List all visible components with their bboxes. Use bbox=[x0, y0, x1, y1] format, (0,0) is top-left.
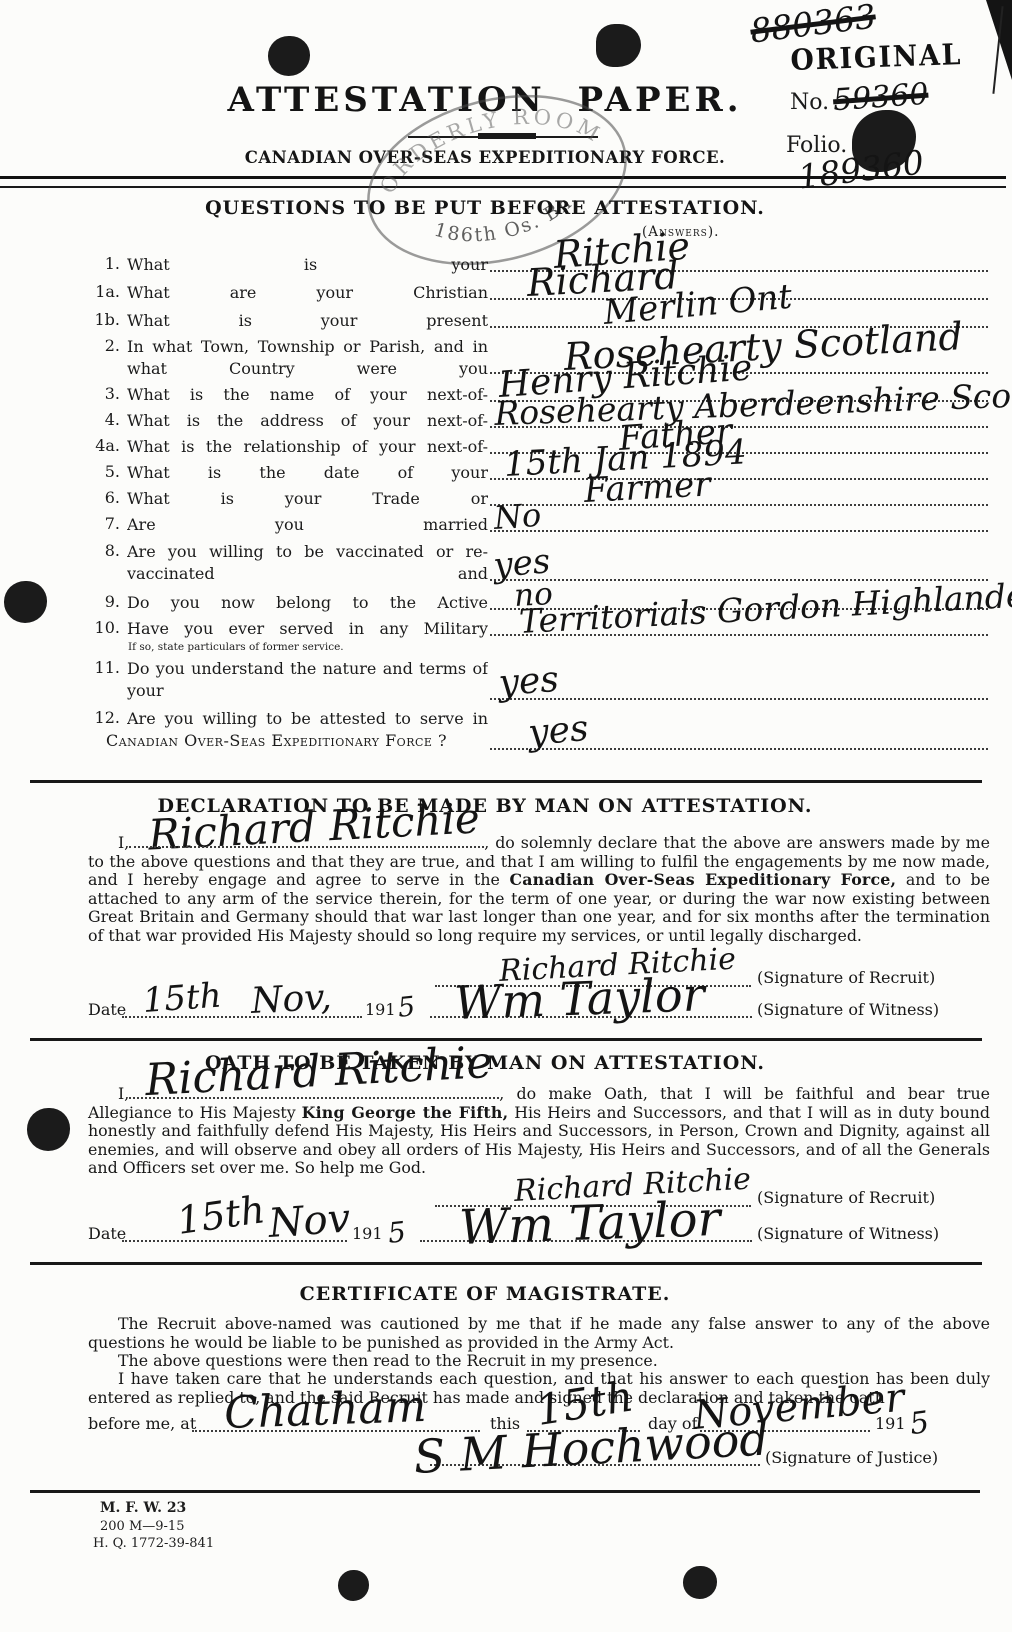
answer-handwriting: Farmer bbox=[583, 467, 711, 508]
question-row: 1. What is your surname? bbox=[88, 254, 488, 280]
dotted-leader bbox=[136, 538, 488, 540]
section-divider bbox=[30, 1038, 982, 1041]
question-number: 11. bbox=[88, 658, 127, 706]
punch-hole bbox=[27, 1108, 70, 1151]
question-text-smallcaps: Canadian Over-Seas Expeditionary Force ? bbox=[106, 731, 447, 750]
punch-hole bbox=[338, 1570, 369, 1601]
question-text: What is your present address? bbox=[127, 311, 488, 336]
date-month-handwriting: Nov bbox=[267, 1198, 351, 1244]
witness-signature-label: (Signature of Witness) bbox=[757, 1000, 939, 1019]
dotted-leader bbox=[206, 278, 488, 280]
date-day-handwriting: 15th bbox=[142, 979, 223, 1018]
footer-divider bbox=[30, 1490, 980, 1493]
question-text: Are you willing to be vaccinated or re-v… bbox=[127, 542, 488, 589]
question-row: 5. What is the date of your birth? bbox=[88, 462, 488, 488]
form-number: M. F. W. 23 bbox=[100, 1500, 186, 1516]
certificate-para1: The Recruit above-named was cautioned by… bbox=[88, 1315, 990, 1352]
date-day-handwriting: 15th bbox=[175, 1190, 268, 1240]
year-digit-handwriting: 5 bbox=[386, 1215, 407, 1250]
question-text: What are your Christian names? bbox=[127, 283, 488, 308]
answer-line: Territorials Gordon Highlanders bbox=[490, 634, 988, 636]
declaration-body: I,, do solemnly declare that the above a… bbox=[88, 832, 990, 946]
question-text: What is the date of your birth? bbox=[127, 463, 488, 488]
question-row: 8. Are you willing to be vaccinated or r… bbox=[88, 541, 488, 589]
question-row: 4. What is the address of your next-of-k… bbox=[88, 410, 488, 436]
question-number: 2. bbox=[88, 336, 127, 384]
question-note: If so, state particulars of former servi… bbox=[128, 641, 344, 653]
question-text: Do you now belong to the Active Militia? bbox=[127, 593, 488, 618]
question-row: 7. Are you married ? bbox=[88, 514, 488, 540]
original-stamp: ORIGINAL bbox=[790, 37, 963, 77]
witness-signature-line: Wm Taylor bbox=[420, 1240, 752, 1242]
section-divider bbox=[30, 1262, 982, 1265]
declaration-heading: DECLARATION TO BE MADE BY MAN ON ATTESTA… bbox=[0, 795, 970, 817]
oath-lead: I, bbox=[118, 1084, 129, 1103]
answer-handwriting: yes bbox=[497, 662, 559, 702]
name-blank-line bbox=[129, 832, 484, 848]
certificate-para2: The above questions were then read to th… bbox=[88, 1352, 990, 1371]
question-text: What is the address of your next-of-kin? bbox=[127, 411, 488, 436]
year-printed: 191 bbox=[875, 1414, 906, 1433]
question-text: What is the relationship of your next-of… bbox=[127, 437, 488, 462]
place-handwriting: Chatham bbox=[223, 1385, 427, 1436]
question-row: 4a. What is the relationship of your nex… bbox=[88, 436, 488, 462]
name-blank-line bbox=[129, 1083, 499, 1099]
answer-handwriting: Territorials Gordon Highlanders bbox=[518, 577, 1012, 638]
answer-line: 15th Jan 1894 bbox=[490, 478, 988, 480]
question-row: 3. What is the name of your next-of-kin? bbox=[88, 384, 488, 410]
answer-handwriting: yes bbox=[527, 711, 590, 752]
answer-line: yes bbox=[490, 698, 988, 700]
witness-signature-label: (Signature of Witness) bbox=[757, 1224, 939, 1243]
question-number: 4. bbox=[88, 410, 127, 436]
declaration-lead: I, bbox=[118, 833, 129, 852]
date-line: 15th Nov bbox=[122, 1240, 347, 1242]
ink-blob bbox=[596, 24, 641, 67]
question-number: 6. bbox=[88, 488, 127, 514]
questions-heading: QUESTIONS TO BE PUT BEFORE ATTESTATION. bbox=[0, 197, 970, 219]
question-number: 10. bbox=[88, 618, 127, 644]
answer-line: No bbox=[490, 530, 988, 532]
question-number: 1. bbox=[88, 254, 127, 280]
attestation-paper-page: ATTESTATION PAPER. CANADIAN OVER-SEAS EX… bbox=[0, 0, 1012, 1632]
dotted-leader bbox=[221, 587, 488, 589]
oath-body-bold: King George the Fifth, bbox=[302, 1103, 509, 1122]
print-run-code: 200 M—9-15 bbox=[100, 1519, 184, 1534]
question-text: Do you understand the nature and terms o… bbox=[127, 659, 488, 706]
justice-signature-label: (Signature of Justice) bbox=[765, 1448, 938, 1467]
question-row: 2. In what Town, Township or Parish, and… bbox=[88, 336, 488, 384]
answer-line: Farmer bbox=[490, 504, 988, 506]
punch-hole bbox=[4, 581, 47, 623]
declaration-body-bold: Canadian Over-Seas Expeditionary Force, bbox=[509, 870, 896, 889]
dotted-leader bbox=[236, 704, 488, 706]
question-number: 9. bbox=[88, 592, 127, 618]
question-number: 1b. bbox=[88, 310, 127, 336]
oath-body: I,, do make Oath, that I will be faithfu… bbox=[88, 1083, 990, 1178]
question-row: 11. Do you understand the nature and ter… bbox=[88, 658, 488, 706]
certificate-heading: CERTIFICATE OF MAGISTRATE. bbox=[0, 1283, 970, 1305]
recruit-signature-label: (Signature of Recruit) bbox=[757, 968, 935, 987]
witness-signature-handwriting: Wm Taylor bbox=[453, 971, 705, 1026]
recruit-signature-label: (Signature of Recruit) bbox=[757, 1188, 935, 1207]
witness-signature-handwriting: Wm Taylor bbox=[458, 1195, 721, 1252]
answer-line: yes bbox=[490, 748, 988, 750]
year-printed: 191 bbox=[352, 1224, 383, 1243]
question-row: 6. What is your Trade or Calling? bbox=[88, 488, 488, 514]
question-text: Are you married ? bbox=[127, 515, 488, 540]
justice-signature-handwriting: S M Hochwood bbox=[413, 1415, 770, 1480]
answer-handwriting: No bbox=[493, 499, 542, 534]
year-digit-handwriting: 5 bbox=[396, 991, 416, 1024]
question-text: What is the name of your next-of-kin? bbox=[127, 385, 488, 410]
question-number: 4a. bbox=[88, 436, 127, 462]
question-number: 5. bbox=[88, 462, 127, 488]
date-label: Date bbox=[88, 1000, 126, 1019]
question-text: In what Town, Township or Parish, and in… bbox=[127, 337, 488, 384]
question-row: 1b. What is your present address? bbox=[88, 310, 488, 336]
question-text: What is your Trade or Calling? bbox=[127, 489, 488, 514]
question-number: 3. bbox=[88, 384, 127, 410]
question-row: 9. Do you now belong to the Active Milit… bbox=[88, 592, 488, 618]
section-divider bbox=[30, 780, 982, 783]
question-row: 1a. What are your Christian names? bbox=[88, 282, 488, 308]
question-number: 1a. bbox=[88, 282, 127, 308]
ink-blob bbox=[268, 36, 310, 76]
question-text: What is your surname? bbox=[127, 255, 488, 280]
justice-signature-line: S M Hochwood bbox=[430, 1464, 760, 1466]
punch-hole bbox=[683, 1566, 717, 1599]
witness-signature-line: Wm Taylor bbox=[430, 1016, 752, 1018]
question-number: 8. bbox=[88, 541, 127, 589]
question-number: 7. bbox=[88, 514, 127, 540]
date-month-handwriting: Nov, bbox=[250, 980, 332, 1020]
year-digit-handwriting: 5 bbox=[908, 1405, 932, 1442]
answer-line: Rosehearty Aberdeenshire Scotland bbox=[490, 426, 988, 428]
hq-reference-code: H. Q. 1772-39-841 bbox=[93, 1536, 214, 1551]
no-label: No. bbox=[790, 90, 829, 115]
dotted-leader bbox=[188, 306, 488, 308]
before-me-label: before me, at bbox=[88, 1414, 196, 1433]
date-label: Date bbox=[88, 1224, 126, 1243]
date-line: 15th Nov, bbox=[122, 1016, 362, 1018]
year-printed: 191 bbox=[365, 1000, 396, 1019]
question-row-continued: Canadian Over-Seas Expeditionary Force ? bbox=[106, 730, 488, 756]
